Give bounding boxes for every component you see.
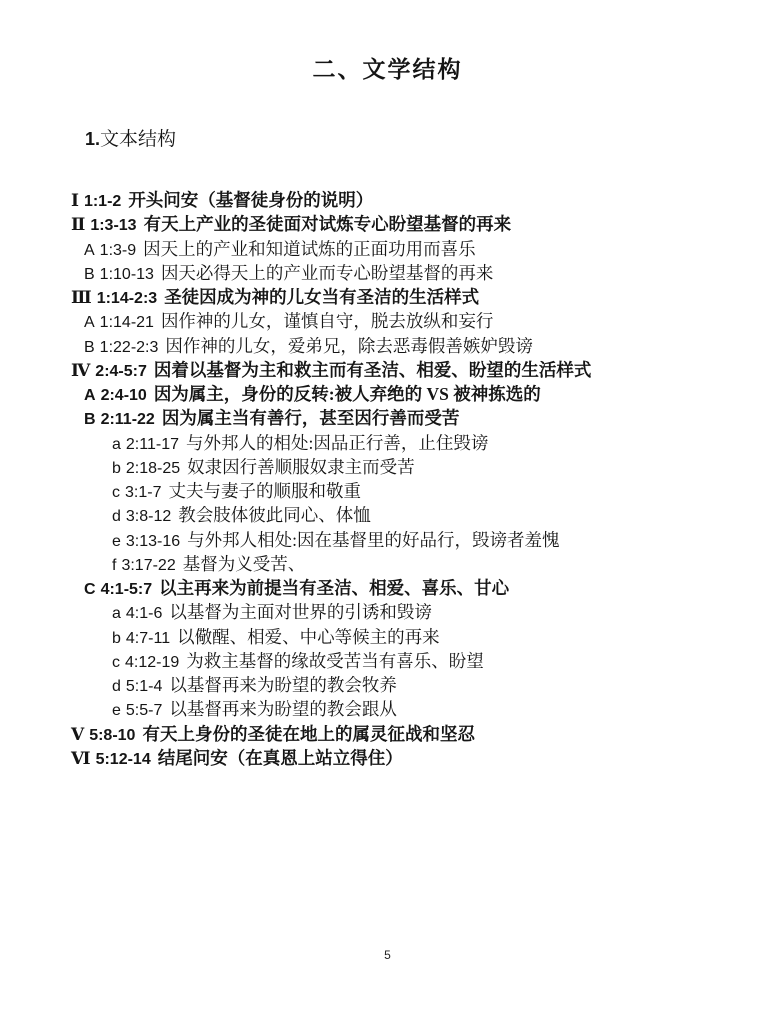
outline-item-label: B	[84, 339, 95, 356]
outline-item-label: A	[84, 387, 96, 404]
outline-item-text: 因作神的儿女，谨慎自守，脱去放纵和妄行	[161, 311, 494, 331]
outline-item: Ⅳ2:4-5:7因着以基督为主和救主而有圣洁、相爱、盼望的生活样式	[0, 358, 775, 382]
outline-item-label: c	[112, 484, 120, 501]
outline-item-ref: 4:1-5:7	[101, 581, 153, 598]
outline-item-label: f	[112, 557, 116, 574]
outline-item-label: A	[84, 314, 95, 331]
outline-item: b2:18-25奴隶因行善顺服奴隶主而受苦	[0, 455, 775, 479]
outline-item-ref: 2:4-5:7	[95, 363, 147, 380]
outline-item: Ⅰ1:1-2开头问安（基督徒身份的说明）	[0, 188, 775, 212]
outline-item: d3:8-12教会肢体彼此同心、体恤	[0, 503, 775, 527]
outline-item-text: 奴隶因行善顺服奴隶主而受苦	[187, 457, 415, 477]
outline-item-ref: 3:17-22	[121, 557, 175, 574]
outline-item-text: 为救主基督的缘故受苦当有喜乐、盼望	[186, 651, 484, 671]
outline-item-text: 结尾问安（在真恩上站立得住）	[158, 748, 403, 768]
document-page: 二、文学结构 1.文本结构 Ⅰ1:1-2开头问安（基督徒身份的说明） Ⅱ1:3-…	[0, 0, 775, 1023]
outline-item-text: 以基督再来为盼望的教会牧养	[169, 675, 397, 695]
outline-item-ref: 4:1-6	[126, 605, 162, 622]
outline-item-text: 以儆醒、相爱、中心等候主的再来	[177, 627, 440, 647]
outline-item-ref: 1:3-9	[100, 242, 136, 259]
outline-item-ref: 5:5-7	[126, 702, 162, 719]
page-number: 5	[0, 948, 775, 962]
outline-item-label: a	[112, 436, 121, 453]
outline-item: d5:1-4以基督再来为盼望的教会牧养	[0, 673, 775, 697]
outline-item-label: A	[84, 242, 95, 259]
outline-item-ref: 5:1-4	[126, 678, 162, 695]
outline-item: b4:7-11以儆醒、相爱、中心等候主的再来	[0, 625, 775, 649]
outline-item-label: Ⅳ	[71, 361, 90, 380]
outline-item: A1:3-9因天上的产业和知道试炼的正面功用而喜乐	[0, 237, 775, 261]
outline-item: B2:11-22因为属主当有善行，甚至因行善而受苦	[0, 406, 775, 430]
outline-item: A2:4-10因为属主，身份的反转:被人弃绝的 VS 被神拣选的	[0, 382, 775, 406]
outline-item: e5:5-7以基督再来为盼望的教会跟从	[0, 697, 775, 721]
outline-item: Ⅴ5:8-10有天上身份的圣徒在地上的属灵征战和坚忍	[0, 722, 775, 746]
outline-item-text: 因天上的产业和知道试炼的正面功用而喜乐	[143, 239, 476, 259]
outline-item-text: 丈夫与妻子的顺服和敬重	[168, 481, 361, 501]
outline-item-label: c	[112, 654, 120, 671]
outline-item: Ⅱ1:3-13有天上产业的圣徒面对试炼专心盼望基督的再来	[0, 212, 775, 236]
outline-item-label: e	[112, 702, 121, 719]
outline-item-text: 教会肢体彼此同心、体恤	[178, 505, 371, 525]
outline-item-label: Ⅲ	[71, 288, 92, 307]
page-title: 二、文学结构	[0, 51, 775, 84]
outline-item-ref: 1:14-21	[100, 314, 154, 331]
outline-item-text: 因为属主当有善行，甚至因行善而受苦	[162, 408, 460, 428]
outline-item: A1:14-21因作神的儿女，谨慎自守，脱去放纵和妄行	[0, 309, 775, 333]
outline-item-label: Ⅴ	[71, 725, 84, 744]
outline-item: c4:12-19为救主基督的缘故受苦当有喜乐、盼望	[0, 649, 775, 673]
outline-item-label: b	[112, 630, 121, 647]
outline-item-ref: 1:22-2:3	[100, 339, 159, 356]
outline-item-label: C	[84, 581, 96, 598]
outline-item-text: 因天必得天上的产业而专心盼望基督的再来	[161, 263, 494, 283]
outline-item-ref: 4:12-19	[125, 654, 179, 671]
outline-item: a2:11-17与外邦人的相处:因品正行善，止住毁谤	[0, 431, 775, 455]
outline-item: c3:1-7丈夫与妻子的顺服和敬重	[0, 479, 775, 503]
outline-item: Ⅵ5:12-14结尾问安（在真恩上站立得住）	[0, 746, 775, 770]
outline-item-text: 因作神的儿女，爱弟兄，除去恶毒假善嫉妒毁谤	[165, 336, 533, 356]
outline-item-label: B	[84, 411, 96, 428]
outline-item-ref: 5:8-10	[89, 727, 135, 744]
outline-item-text: 以基督为主面对世界的引诱和毁谤	[169, 602, 432, 622]
outline-item: f3:17-22基督为义受苦、	[0, 552, 775, 576]
outline-item-ref: 3:13-16	[126, 533, 180, 550]
outline-item-text: 因为属主，身份的反转:被人弃绝的 VS 被神拣选的	[154, 384, 541, 404]
outline-item-label: b	[112, 460, 121, 477]
outline-item-ref: 2:18-25	[126, 460, 180, 477]
outline-item-text: 开头问安（基督徒身份的说明）	[128, 190, 373, 210]
section-heading-number: 1.	[85, 129, 100, 149]
outline-item-label: Ⅱ	[71, 215, 85, 234]
outline-item-text: 以主再来为前提当有圣洁、相爱、喜乐、甘心	[159, 578, 509, 598]
outline-item-text: 以基督再来为盼望的教会跟从	[169, 699, 397, 719]
outline-item-text: 与外邦人的相处:因品正行善，止住毁谤	[186, 433, 488, 453]
outline-item-label: Ⅰ	[71, 191, 79, 210]
outline-item-ref: 2:11-22	[101, 411, 155, 428]
outline-item: B1:10-13因天必得天上的产业而专心盼望基督的再来	[0, 261, 775, 285]
outline-item-text: 与外邦人相处:因在基督里的好品行，毁谤者羞愧	[187, 530, 559, 550]
outline-item-text: 圣徒因成为神的儿女当有圣洁的生活样式	[164, 287, 479, 307]
outline-item-ref: 2:11-17	[126, 436, 179, 453]
section-heading-text: 文本结构	[100, 129, 176, 150]
outline-item-ref: 1:1-2	[84, 193, 121, 210]
outline-item-label: B	[84, 266, 95, 283]
outline-item-text: 基督为义受苦、	[183, 554, 306, 574]
outline-item-ref: 2:4-10	[101, 387, 147, 404]
outline-item: e3:13-16与外邦人相处:因在基督里的好品行，毁谤者羞愧	[0, 528, 775, 552]
outline-item-ref: 1:14-2:3	[97, 290, 157, 307]
outline-item-ref: 3:1-7	[125, 484, 161, 501]
outline-item: C4:1-5:7以主再来为前提当有圣洁、相爱、喜乐、甘心	[0, 576, 775, 600]
outline-item-text: 有天上产业的圣徒面对试炼专心盼望基督的再来	[144, 214, 512, 234]
outline-item-ref: 3:8-12	[126, 508, 171, 525]
outline-item-text: 有天上身份的圣徒在地上的属灵征战和坚忍	[142, 724, 475, 744]
outline-item-label: Ⅵ	[71, 749, 91, 768]
outline-item-label: e	[112, 533, 121, 550]
outline-item-ref: 1:10-13	[100, 266, 154, 283]
outline-item: B1:22-2:3因作神的儿女，爱弟兄，除去恶毒假善嫉妒毁谤	[0, 334, 775, 358]
outline-item-label: d	[112, 508, 121, 525]
outline-list: Ⅰ1:1-2开头问安（基督徒身份的说明） Ⅱ1:3-13有天上产业的圣徒面对试炼…	[0, 188, 775, 770]
outline-item-ref: 4:7-11	[126, 630, 170, 647]
outline-item: Ⅲ1:14-2:3圣徒因成为神的儿女当有圣洁的生活样式	[0, 285, 775, 309]
outline-item-text: 因着以基督为主和救主而有圣洁、相爱、盼望的生活样式	[154, 360, 592, 380]
outline-item-ref: 1:3-13	[90, 217, 136, 234]
section-heading: 1.文本结构	[85, 124, 176, 151]
outline-item-label: d	[112, 678, 121, 695]
outline-item-ref: 5:12-14	[96, 751, 151, 768]
outline-item: a4:1-6以基督为主面对世界的引诱和毁谤	[0, 600, 775, 624]
outline-item-label: a	[112, 605, 121, 622]
